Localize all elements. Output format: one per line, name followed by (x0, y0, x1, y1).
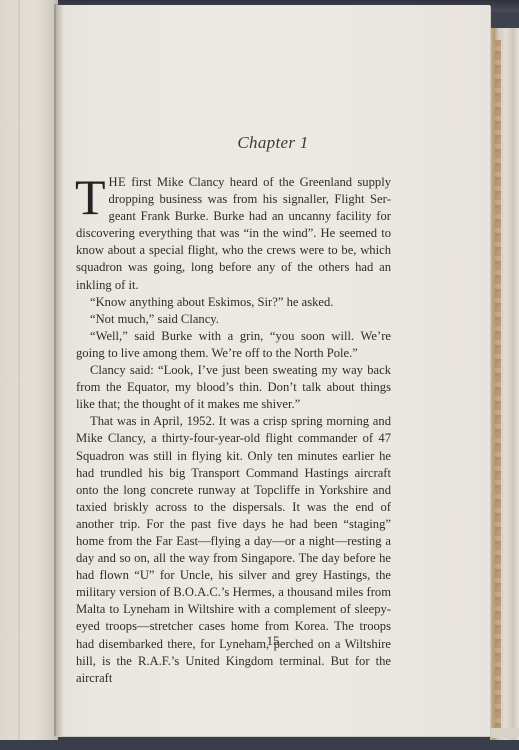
paragraph-2: “Know anything about Eskimos, Sir?” he a… (76, 294, 391, 311)
paragraph-1-text: first Mike Clancy heard of the Greenland… (76, 175, 391, 292)
paragraph-4: “Well,” said Burke with a grin, “you soo… (76, 328, 391, 362)
first-word-rest: HE (109, 175, 126, 189)
page-stack-corner (485, 728, 519, 738)
gutter-shadow (54, 4, 64, 736)
background-bottom (0, 735, 519, 750)
body-text: THE first Mike Clancy heard of the Green… (76, 174, 391, 687)
paragraph-1: THE first Mike Clancy heard of the Green… (76, 174, 391, 294)
chapter-heading: Chapter 1 (56, 133, 490, 153)
drop-cap: T (75, 177, 106, 217)
left-page-edge (18, 0, 20, 740)
paragraph-5: Clancy said: “Look, I’ve just been sweat… (76, 362, 391, 413)
paragraph-3: “Not much,” said Clancy. (76, 311, 391, 328)
page-edge-foxing (495, 40, 501, 730)
left-page (0, 0, 58, 740)
page-number: 15 (56, 633, 490, 649)
